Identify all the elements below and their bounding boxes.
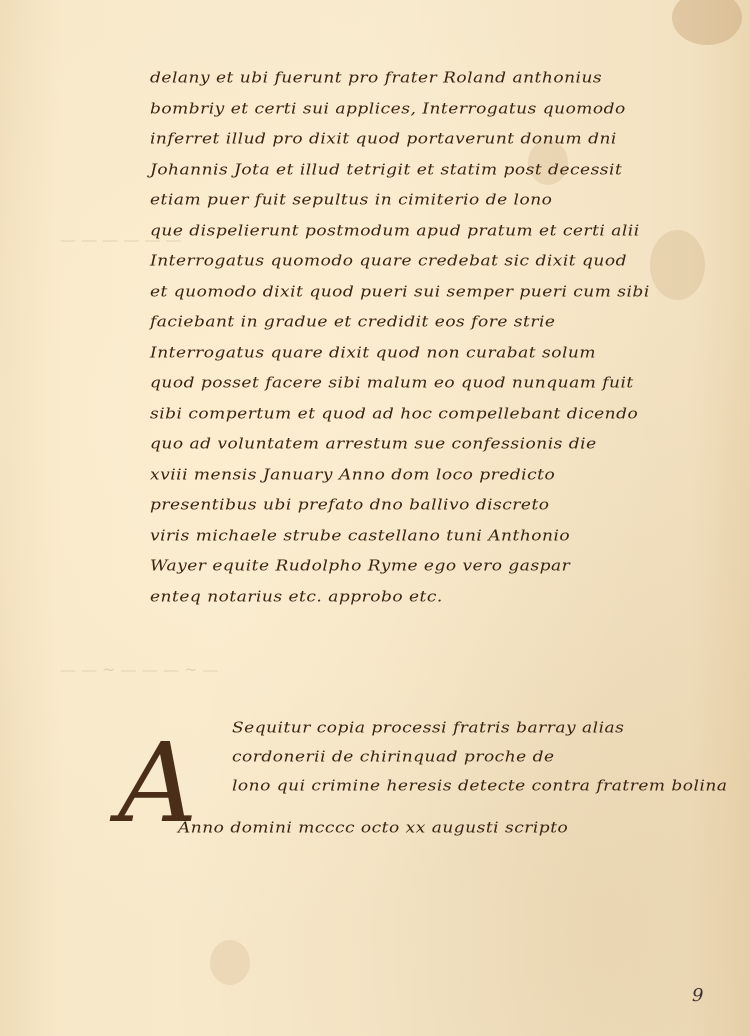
bleed-through-text: — — ~ — — — ~ — (60, 660, 218, 679)
text-line: enteq notarius etc. approbo etc. (150, 588, 443, 606)
text-line: que dispelierunt postmodum apud pratum e… (150, 222, 640, 240)
text-line: presentibus ubi prefato dno ballivo disc… (150, 496, 550, 514)
water-stain (650, 230, 705, 300)
text-line: quo ad voluntatem arrestum sue confessio… (150, 435, 597, 453)
text-line: inferret illud pro dixit quod portaverun… (150, 130, 617, 148)
water-stain (672, 0, 742, 45)
heading-line: Anno domini mcccc octo xx augusti script… (178, 819, 568, 837)
text-line: faciebant in gradue et credidit eos fore… (150, 313, 555, 331)
heading-line: Sequitur copia processi fratris barray a… (232, 719, 624, 737)
text-line: bombriy et certi sui applices, Interroga… (150, 100, 626, 118)
text-line: et quomodo dixit quod pueri sui semper p… (150, 283, 650, 301)
folio-number: 9 (692, 985, 703, 1006)
text-line: Interrogatus quomodo quare credebat sic … (150, 252, 627, 270)
text-line: Interrogatus quare dixit quod non curaba… (150, 344, 596, 362)
text-line: delany et ubi fuerunt pro frater Roland … (150, 69, 602, 87)
text-line: etiam puer fuit sepultus in cimiterio de… (150, 191, 552, 209)
heading-line: cordonerii de chirinquad proche de (232, 748, 555, 766)
water-stain (210, 940, 250, 985)
text-line: sibi compertum et quod ad hoc compelleba… (150, 405, 638, 423)
text-line: quod posset facere sibi malum eo quod nu… (150, 374, 634, 392)
text-line: xviii mensis January Anno dom loco predi… (150, 466, 555, 484)
decorated-initial: A (118, 728, 197, 838)
heading-line: lono qui crimine heresis detecte contra … (232, 777, 728, 795)
text-line: Wayer equite Rudolpho Ryme ego vero gasp… (150, 557, 570, 575)
text-line: viris michaele strube castellano tuni An… (150, 527, 570, 545)
text-line: Johannis Jota et illud tetrigit et stati… (150, 161, 622, 179)
